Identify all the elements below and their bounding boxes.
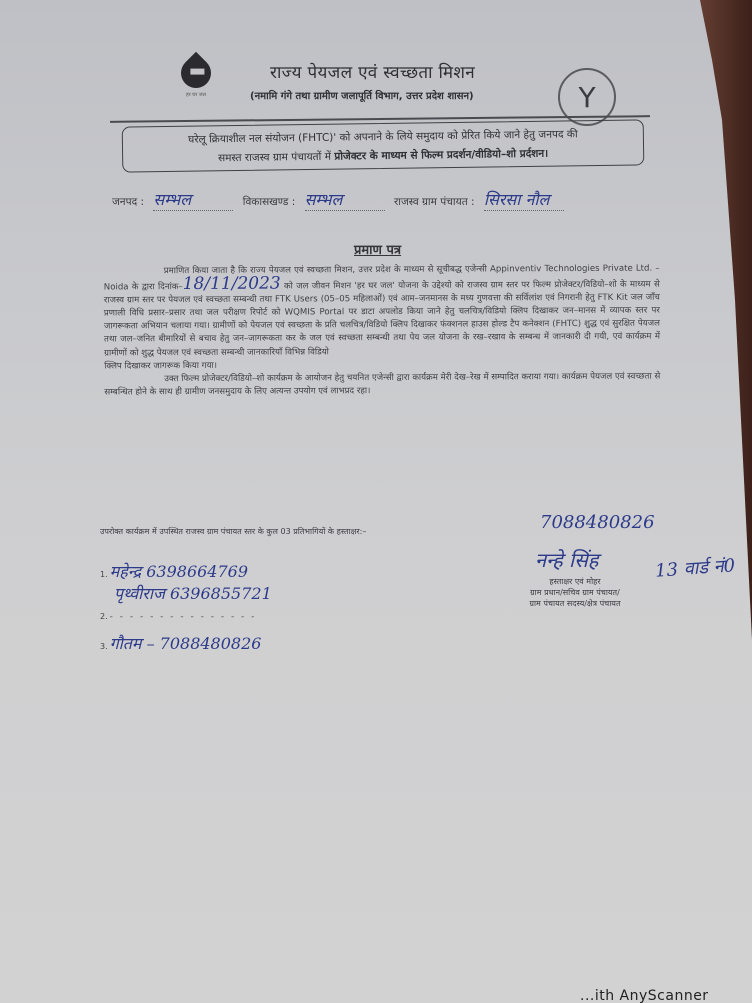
caption-line: ग्राम प्रधान/सचिव ग्राम पंचायत/ xyxy=(500,587,650,598)
participant-row-extra: पृथ्वीराज 6396855721 xyxy=(100,582,430,604)
certificate-body: प्रमाणित किया जाता है कि राज्य पेयजल एवं… xyxy=(104,263,661,400)
participant-row: 2.- - - - - - - - - - - - - - - xyxy=(100,604,430,626)
logo-caption: हर घर जल xyxy=(168,92,224,98)
participants-list: 1.महेन्द्र 6398664769 पृथ्वीराज 63968557… xyxy=(100,560,430,654)
banner-line-2-bold: प्रोजेक्टर के माध्यम से फिल्म प्रदर्शन/व… xyxy=(334,148,548,163)
organization-title: राज्य पेयजल एवं स्वच्छता मिशन xyxy=(270,60,475,83)
participant-entry: गौतम – 7088480826 xyxy=(110,634,262,653)
certificate-document: हर घर जल राज्य पेयजल एवं स्वच्छता मिशन (… xyxy=(0,0,752,1003)
signatory-name: नन्हे सिंह xyxy=(535,546,598,573)
location-fields: जनपद : सम्भल विकासखण्ड : सम्भल राजस्व ग्… xyxy=(112,188,672,211)
signatory-ward: 13 वार्ड नं0 xyxy=(654,553,736,583)
participant-entry-extra: पृथ्वीराज 6396855721 xyxy=(114,584,272,603)
program-banner: घरेलू क्रियाशील नल संयोजन (FHTC)' को अपन… xyxy=(122,119,645,172)
district-label: जनपद : xyxy=(112,195,144,209)
blank-signature-line: - - - - - - - - - - - - - - - xyxy=(110,612,257,622)
participant-number: 2. xyxy=(100,612,108,621)
certificate-heading: प्रमाण पत्र xyxy=(354,240,401,258)
panchayat-value: सिरसा नौल xyxy=(484,188,564,211)
organization-subtitle: (नमामि गंगे तथा ग्रामीण जलापूर्ति विभाग,… xyxy=(250,88,474,102)
participants-intro: उपरोक्त कार्यक्रम में उपस्थित राजस्व ग्र… xyxy=(100,526,430,538)
program-date: 18/11/2023 xyxy=(183,274,281,295)
jal-jeevan-mission-logo: हर घर जल xyxy=(168,58,224,114)
water-drop-tap-icon xyxy=(175,52,217,94)
caption-line: ग्राम पंचायत सदस्य/क्षेत्र पंचायत xyxy=(500,598,650,609)
block-value: सम्भल xyxy=(305,188,385,211)
panchayat-label: राजस्व ग्राम पंचायत : xyxy=(394,195,475,209)
participant-row: 1.महेन्द्र 6398664769 xyxy=(100,560,430,582)
caption-line: हस्ताक्षर एवं मोहर xyxy=(500,576,650,587)
paragraph-1: प्रमाणित किया जाता है कि राज्य पेयजल एवं… xyxy=(104,263,660,361)
district-value: सम्भल xyxy=(153,188,233,211)
signatory-phone: 7088480826 xyxy=(540,512,655,533)
participant-entry: महेन्द्र 6398664769 xyxy=(110,562,248,581)
scanner-watermark: ...ith AnyScanner xyxy=(580,988,709,1003)
participant-row: 3.गौतम – 7088480826 xyxy=(100,632,430,654)
signatory-caption: हस्ताक्षर एवं मोहर ग्राम प्रधान/सचिव ग्र… xyxy=(500,576,650,609)
participant-number: 1. xyxy=(100,570,108,579)
participant-number: 3. xyxy=(100,642,108,651)
paragraph-2: उक्त फिल्म प्रोजेक्टर/विडियो–शो कार्यक्र… xyxy=(104,370,660,399)
banner-line-2-text: समस्त राजस्व ग्राम पंचायतों में xyxy=(218,151,334,165)
block-label: विकासखण्ड : xyxy=(243,195,296,209)
